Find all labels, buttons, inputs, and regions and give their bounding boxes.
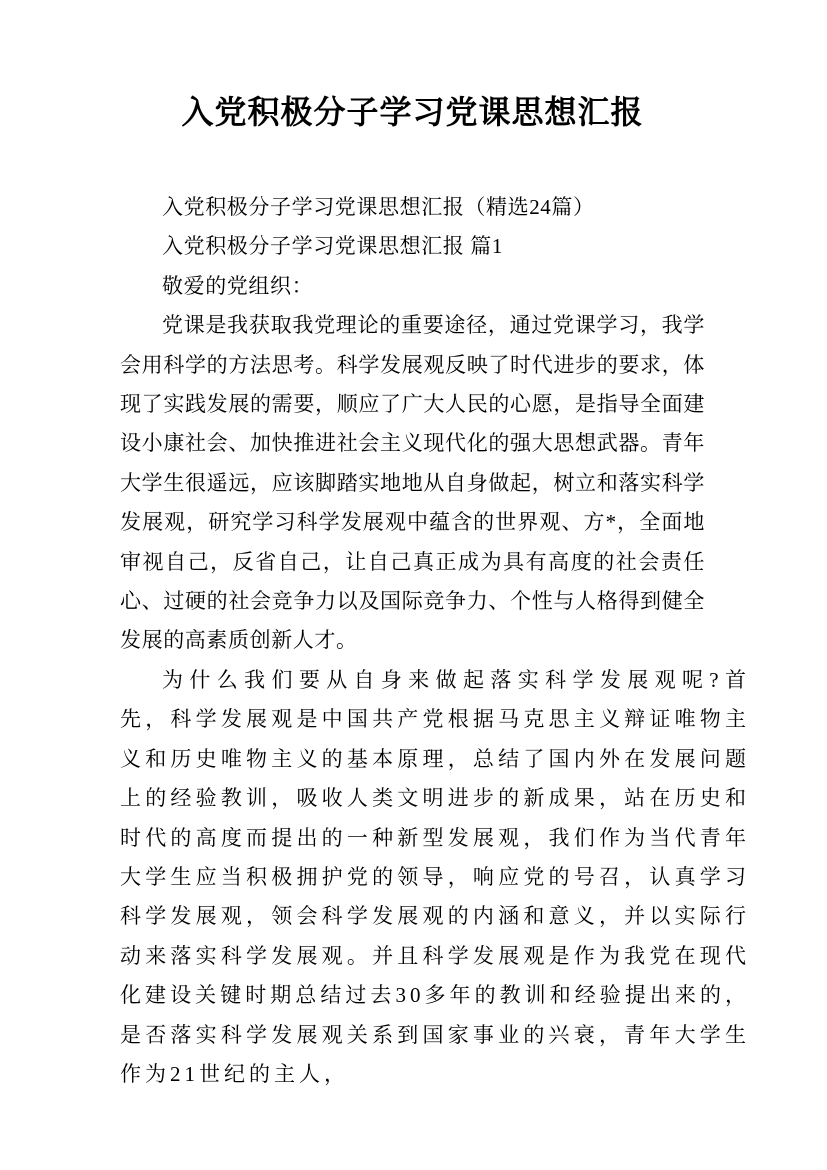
paragraph-salutation: 敬爱的党组织： xyxy=(120,267,705,306)
paragraph-subtitle: 入党积极分子学习党课思想汇报（精选24篇） xyxy=(120,188,705,227)
paragraph-body-2: 为什么我们要从自身来做起落实科学发展观呢?首先，科学发展观是中国共产党根据马克思… xyxy=(120,661,750,1094)
document-title: 入党积极分子学习党课思想汇报 xyxy=(120,88,705,136)
paragraph-body-1: 党课是我获取我党理论的重要途径，通过党课学习，我学会用科学的方法思考。科学发展观… xyxy=(120,306,705,661)
paragraph-section-heading: 入党积极分子学习党课思想汇报 篇1 xyxy=(120,227,705,266)
document-page: 入党积极分子学习党课思想汇报 入党积极分子学习党课思想汇报（精选24篇） 入党积… xyxy=(0,0,827,1170)
